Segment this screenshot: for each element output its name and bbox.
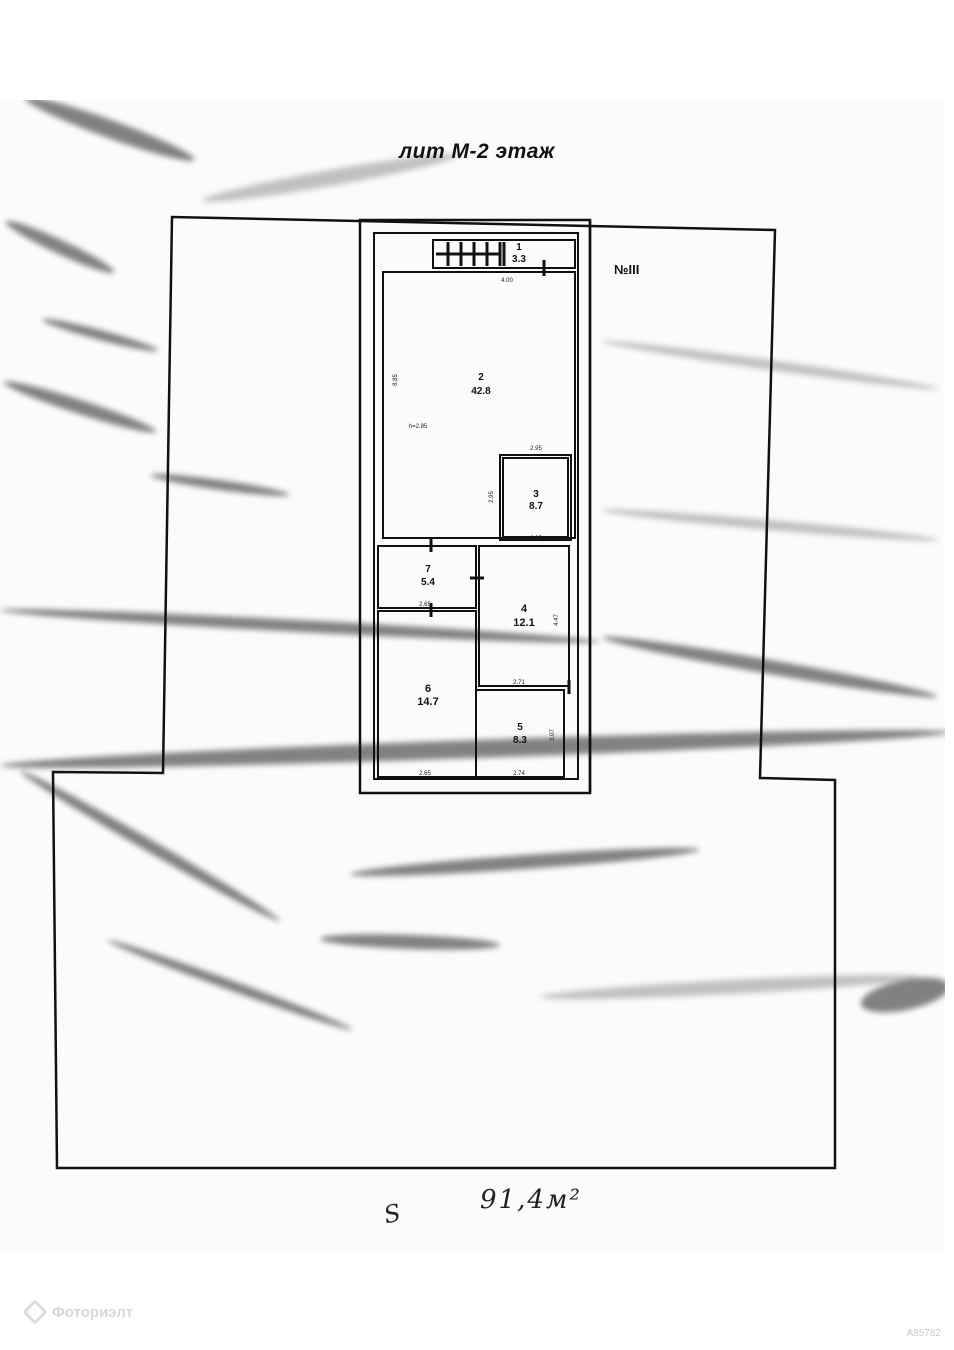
floor-plan: 1 3.3 2 42.8 3 8.7 4 12.1 5 8.3 6 14.7 7… [0, 0, 954, 1350]
room-2 [383, 272, 575, 538]
watermark: Фоториэлт [26, 1303, 133, 1321]
dim-room-5-length: 3.07 [550, 729, 556, 741]
dim-room-3-top: 2.95 [530, 446, 542, 452]
room-2-area: 42.8 [471, 386, 491, 397]
watermark-text: Фоториэлт [52, 1304, 133, 1321]
room-7-number: 7 [425, 564, 431, 575]
dim-ceiling-height: h=2.85 [409, 424, 428, 430]
room-2-number: 2 [478, 372, 484, 383]
dim-room-4-width: 2.71 [513, 680, 525, 686]
listing-code: A85782 [907, 1328, 941, 1339]
unit-number-label: №III [614, 262, 639, 277]
room-5-area: 8.3 [513, 735, 527, 746]
building-outline [53, 217, 835, 1168]
room-1-area: 3.3 [512, 254, 526, 265]
room-7-area: 5.4 [421, 577, 435, 588]
handwritten-total-area: 91,4м² [480, 1185, 582, 1215]
room-4-area: 12.1 [513, 617, 534, 629]
dim-room-3-side: 2.95 [489, 491, 495, 503]
dim-room-1-width: 4.00 [501, 278, 513, 284]
room-6-area: 14.7 [417, 696, 438, 708]
dim-room-4-length: 4.47 [554, 614, 560, 626]
dim-room-5-width: 2.74 [513, 771, 525, 777]
room-6-number: 6 [425, 683, 431, 695]
room-5-number: 5 [517, 722, 523, 733]
dim-room-7-width: 2.65 [419, 602, 431, 608]
watermark-logo-icon [22, 1299, 47, 1324]
room-1-number: 1 [516, 242, 522, 253]
room-4-number: 4 [521, 603, 528, 615]
dim-room-6-width: 2.65 [419, 771, 431, 777]
dim-room-2-length: 8.85 [393, 374, 399, 386]
room-3-number: 3 [533, 489, 539, 500]
room-3-area: 8.7 [529, 501, 543, 512]
dim-room-3-bottom: 2.95 [530, 536, 542, 542]
